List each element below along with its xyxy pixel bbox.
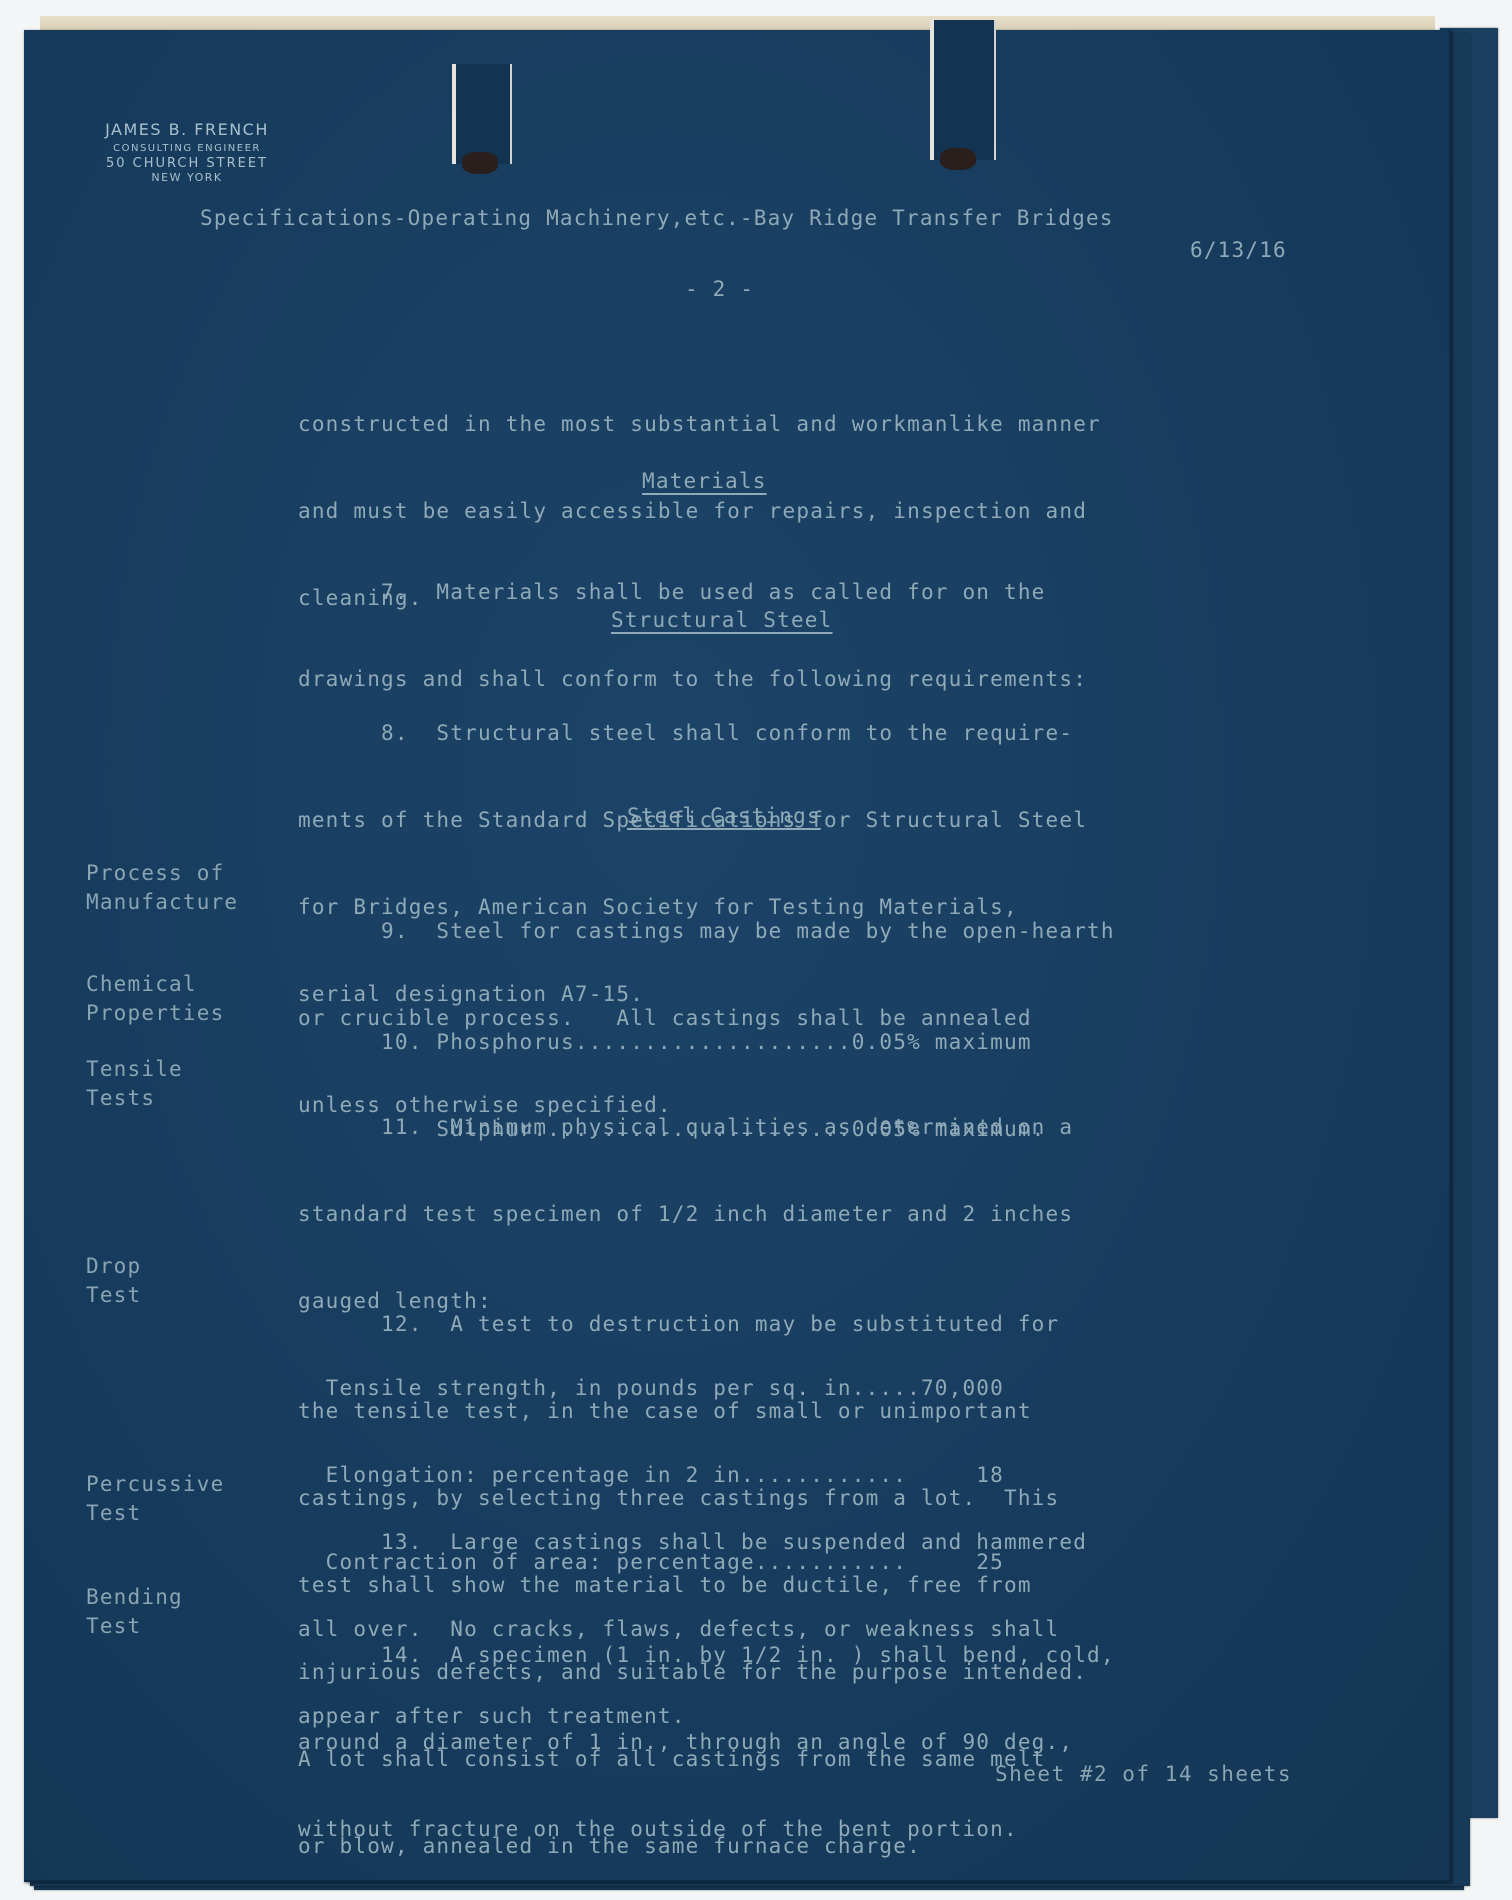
- binding-hole-left: [452, 64, 512, 164]
- heading-materials: Materials: [642, 467, 767, 496]
- document-date: 6/13/16: [1190, 236, 1287, 265]
- paragraph-14: 14. A specimen (1 in. by 1/2 in. ) shall…: [298, 1583, 1115, 1873]
- letterhead: JAMES B. FRENCH CONSULTING ENGINEER 50 C…: [72, 120, 302, 184]
- text-line: 12. A test to destruction may be substit…: [298, 1310, 1087, 1339]
- text-line: 7. Materials shall be used as called for…: [298, 578, 1087, 607]
- letterhead-street: 50 CHURCH STREET: [72, 156, 302, 171]
- heading-structural-steel: Structural Steel: [611, 606, 833, 635]
- text-line: constructed in the most substantial and …: [298, 410, 1101, 439]
- page-number: - 2 -: [685, 275, 754, 304]
- text-line: 14. A specimen (1 in. by 1/2 in. ) shall…: [298, 1641, 1115, 1670]
- document-title: Specifications-Operating Machinery,etc.-…: [200, 204, 1114, 233]
- text-line: around a diameter of 1 in., through an a…: [298, 1728, 1115, 1757]
- margin-label-percussive: Percussive Test: [86, 1470, 224, 1528]
- letterhead-name: JAMES B. FRENCH: [72, 120, 302, 139]
- text-line: 11. Minimum physical qualities as determ…: [298, 1113, 1073, 1142]
- text-line: the tensile test, in the case of small o…: [298, 1397, 1087, 1426]
- text-line: 8. Structural steel shall conform to the…: [298, 719, 1087, 748]
- margin-label-tensile: Tensile Tests: [86, 1055, 183, 1113]
- text-line: 9. Steel for castings may be made by the…: [298, 917, 1115, 946]
- text-line: standard test specimen of 1/2 inch diame…: [298, 1200, 1073, 1229]
- margin-label-bending: Bending Test: [86, 1583, 183, 1641]
- letterhead-city: NEW YORK: [72, 171, 302, 184]
- binding-hole-right: [930, 20, 996, 160]
- margin-label-chemical: Chemical Properties: [86, 970, 224, 1028]
- text-line: without fracture on the outside of the b…: [298, 1815, 1115, 1844]
- letterhead-title: CONSULTING ENGINEER: [72, 143, 302, 154]
- margin-label-process: Process of Manufacture: [86, 859, 238, 917]
- margin-label-drop: Drop Test: [86, 1252, 141, 1310]
- text-line: 10. Phosphorus....................0.05% …: [298, 1028, 1046, 1057]
- sheet-count-footer: Sheet #2 of 14 sheets: [995, 1762, 1292, 1786]
- heading-steel-castings: Steel Castings: [627, 802, 821, 831]
- text-line: 13. Large castings shall be suspended an…: [298, 1528, 1087, 1557]
